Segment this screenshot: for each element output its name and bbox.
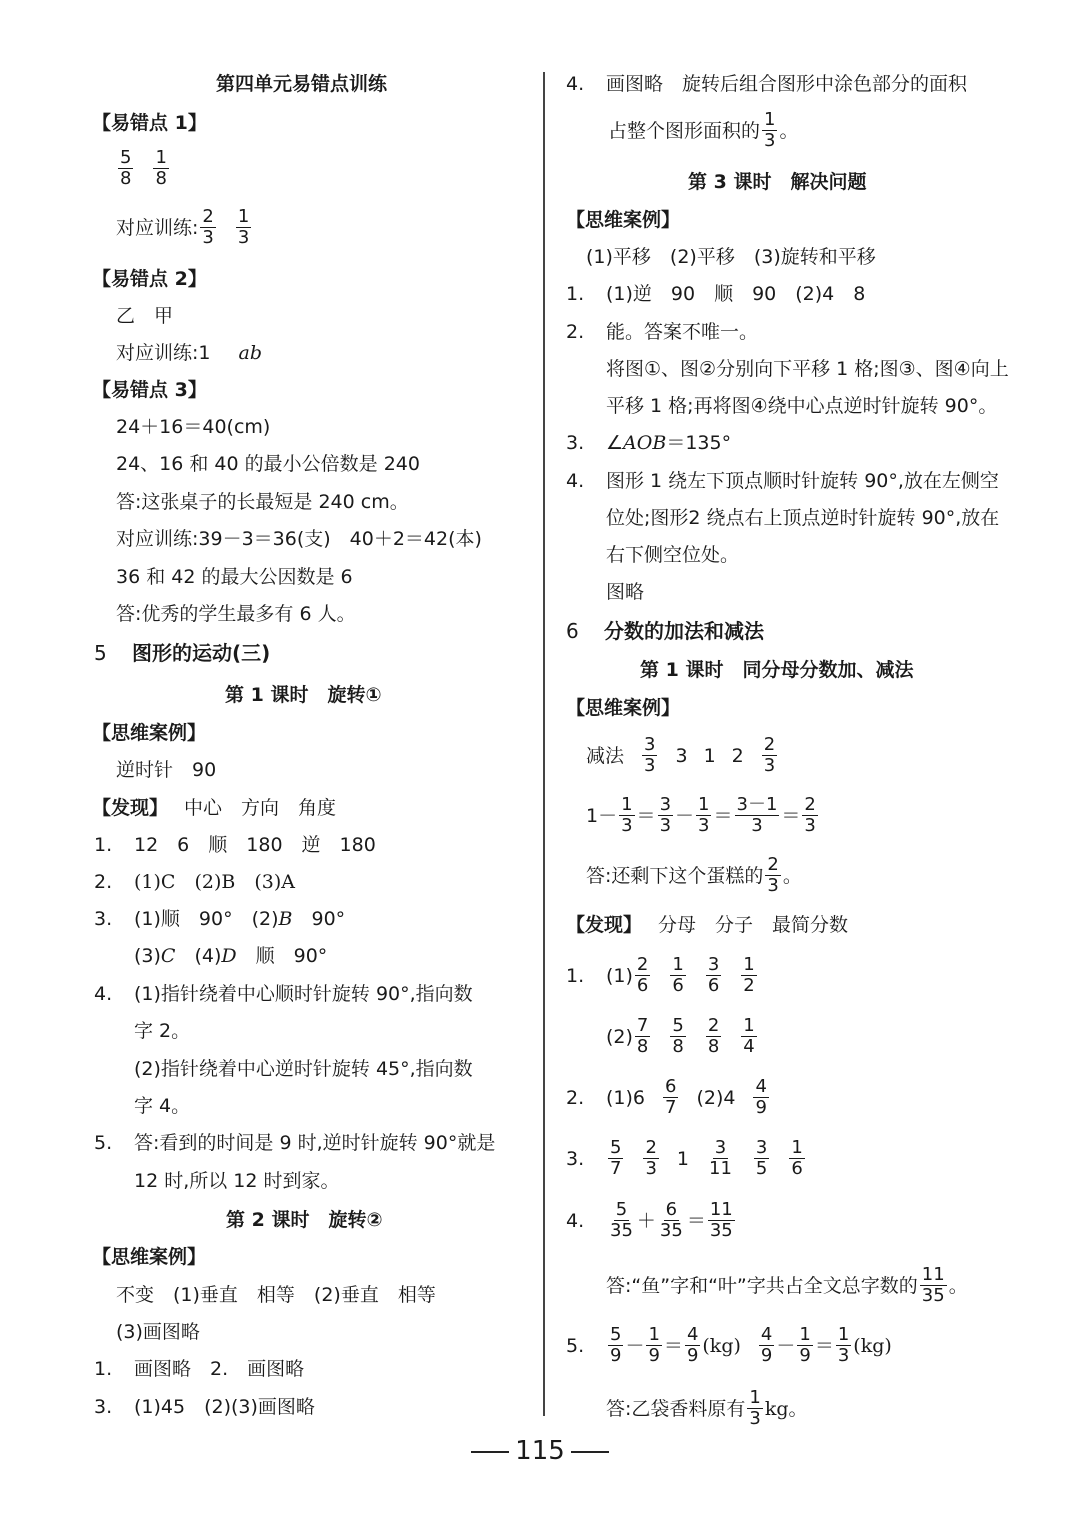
answer-item: 1.画图略 2. 画图略 [94,1357,304,1381]
answer-item: 5.答:看到的时间是 9 时,逆时针旋转 90°就是 [94,1131,495,1155]
answer-item: 3. 57 23 1 311 35 16 [566,1138,807,1179]
thinking-case-answer: (3)画图略 [116,1320,200,1344]
answer-item: 1.(1)逆 90 顺 90 (2)4 8 [566,282,865,306]
fraction: 18 [153,148,168,189]
discover-line: 【发现】分母 分子 最简分数 [566,913,848,937]
answer-item: 图略 [566,580,644,604]
dash-left [471,1451,509,1453]
case-answer-sentence: 答:还剩下这个蛋糕的 23 。 [586,855,802,896]
mistake-point-3-line: 36 和 42 的最大公因数是 6 [116,565,353,589]
answer-item: 2.(1)6 67 (2)4 49 [566,1077,771,1118]
answer-item: (3)C (4)D 顺 90° [94,944,327,968]
mistake-point-2-answer: 乙 甲 [116,304,173,328]
answer-item: 1.12 6 顺 180 逆 180 [94,833,376,857]
fraction: 58 [118,148,133,189]
discover-line: 【发现】中心 方向 角度 [92,796,336,820]
answer-item: 3.∠AOB＝135° [566,431,731,455]
fraction: 13 [236,207,251,248]
answer-item: 将图①、图②分别向下平移 1 格;图③、图④向上 [566,357,1009,381]
lesson-3-title: 第 3 课时 解决问题 [688,170,866,194]
lesson-2-title: 第 2 课时 旋转② [226,1208,383,1232]
answer-item: 4.画图略 旋转后组合图形中涂色部分的面积 [566,72,967,96]
page-number: 115 [0,1436,1080,1466]
answer-item: (2)指针绕着中心逆时针旋转 45°,指向数 [94,1057,473,1081]
lesson-1-title: 第 1 课时 旋转① [225,683,382,707]
fraction: 13 [762,110,777,151]
answer-item: 4.(1)指针绕着中心顺时针旋转 90°,指向数 [94,982,473,1006]
mistake-point-2-tag: 【易错点 2】 [92,267,207,291]
fraction: 33 [642,735,657,776]
thinking-case-answer: (1)平移 (2)平移 (3)旋转和平移 [586,245,876,269]
mistake-point-2-training: 对应训练:1ab [116,341,262,365]
answer-item: (2) 78 58 28 14 [566,1016,759,1057]
mistake-point-3-line: 答:这张桌子的长最短是 240 cm。 [116,490,409,514]
mistake-point-3-line: 24、16 和 40 的最小公倍数是 240 [116,452,420,476]
answer-item: 12 时,所以 12 时到家。 [94,1169,340,1193]
thinking-case-tag: 【思维案例】 [92,721,206,745]
chapter-5-heading: 5图形的运动(三) [94,641,270,665]
answer-item: 字 2。 [94,1019,190,1043]
answer-item: 1.(1) 26 16 36 12 [566,955,759,996]
answer-item: 位处;图形2 绕点右上顶点逆时针旋转 90°,放在 [566,506,999,530]
thinking-case-answer: 减法 33 3 1 2 23 [586,735,779,776]
mistake-point-3-line: 答:优秀的学生最多有 6 人。 [116,602,356,626]
thinking-case-answer: 逆时针 90 [116,758,216,782]
thinking-case-answer: 不变 (1)垂直 相等 (2)垂直 相等 [116,1283,436,1307]
mistake-point-1-training: 对应训练: 23 13 [116,207,253,248]
mistake-point-1-tag: 【易错点 1】 [92,111,207,135]
fraction: 23 [762,735,777,776]
fraction: 23 [200,207,215,248]
answer-item: 5. 59－ 19＝ 49 (kg) 49－ 19＝ 13 (kg) [566,1325,892,1366]
answer-item: 2.(1)C (2)B (3)A [94,870,295,894]
answer-item: 2.能。答案不唯一。 [566,320,758,344]
mistake-point-3-tag: 【易错点 3】 [92,378,207,402]
mistake-point-3-line: 对应训练:39－3＝36(支) 40＋2＝42(本) [116,527,482,551]
thinking-case-tag: 【思维案例】 [566,696,680,720]
chapter-6-heading: 6分数的加法和减法 [566,619,764,643]
answer-item-continued: 占整个图形面积的 13 。 [608,110,798,151]
answer-item: 3.(1)45 (2)(3)画图略 [94,1395,315,1419]
lesson-1-title: 第 1 课时 同分母分数加、减法 [640,658,913,682]
answer-item: 4.图形 1 绕左下顶点顺时针旋转 90°,放在左侧空 [566,469,999,493]
dash-right [571,1451,609,1453]
thinking-case-tag: 【思维案例】 [566,208,680,232]
answer-item: 4. 535＋ 635＝ 1135 [566,1200,737,1241]
answer-item: 右下侧空位处。 [566,543,739,567]
answer-item: 平移 1 格;再将图④绕中心点逆时针旋转 90°。 [566,394,997,418]
answer-sentence: 答:乙袋香料原有 13 kg。 [606,1388,808,1429]
unit4-title: 第四单元易错点训练 [216,72,387,96]
equation: 1－ 13＝ 33－ 13＝ 3－13＝ 23 [586,795,820,836]
answer-item: 字 4。 [94,1094,190,1118]
thinking-case-tag: 【思维案例】 [92,1245,206,1269]
answer-item: 3.(1)顺 90° (2)B 90° [94,907,345,931]
column-divider [543,72,545,1416]
mistake-point-1-answer: 58 18 [116,148,171,189]
mistake-point-3-line: 24＋16＝40(cm) [116,415,270,439]
answer-sentence: 答:“鱼”字和“叶”字共占全文总字数的 1135。 [606,1265,968,1306]
